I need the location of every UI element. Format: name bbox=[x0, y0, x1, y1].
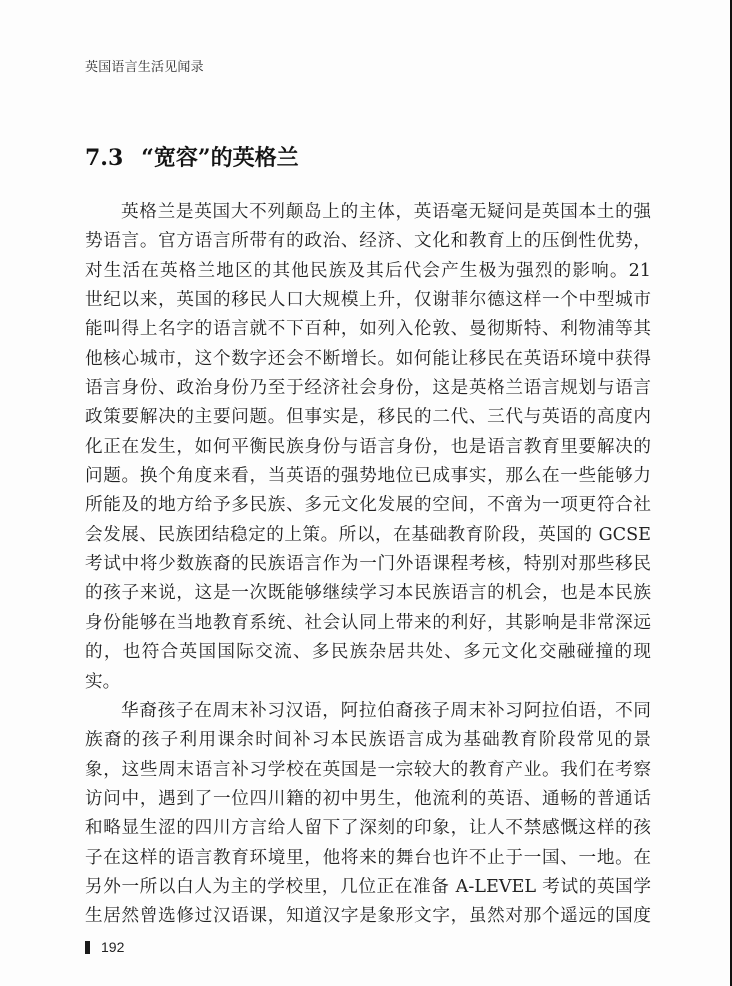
text-line: 政策要解决的主要问题。但事实是，移民的二代、三代与英语的高度内 bbox=[85, 403, 651, 432]
text-line: 生居然曾选修过汉语课，知道汉字是象形文字，虽然对那个遥远的国度 bbox=[85, 902, 651, 931]
text-line: 子在这样的语言教育环境里，他将来的舞台也许不止于一国、一地。在 bbox=[85, 844, 651, 873]
text-line: 会发展、民族团结稳定的上策。所以，在基础教育阶段，英国的 GCSE bbox=[85, 521, 651, 550]
text-line: 化正在发生，如何平衡民族身份与语言身份，也是语言教育里要解决的 bbox=[85, 433, 651, 462]
body-text: 英格兰是英国大不列颠岛上的主体，英语毫无疑问是英国本土的强 势语言。官方语言所带… bbox=[85, 198, 651, 932]
text-line: 另外一所以白人为主的学校里，几位正在准备 A-LEVEL 考试的英国学 bbox=[85, 873, 651, 902]
text-line: 能叫得上名字的语言就不下百种，如列入伦敦、曼彻斯特、利物浦等其 bbox=[85, 315, 651, 344]
page-number: 192 bbox=[101, 939, 124, 955]
text-line: 势语言。官方语言所带有的政治、经济、文化和教育上的压倒性优势， bbox=[85, 227, 651, 256]
text-line: 对生活在英格兰地区的其他民族及其后代会产生极为强烈的影响。21 bbox=[85, 257, 651, 286]
text-line: 访问中，遇到了一位四川籍的初中男生，他流利的英语、通畅的普通话 bbox=[85, 785, 651, 814]
section-title-text: “宽容”的英格兰 bbox=[141, 145, 298, 171]
page-footer: 192 bbox=[85, 939, 124, 955]
text-line: 身份能够在当地教育系统、社会认同上带来的利好，其影响是非常深远 bbox=[85, 609, 651, 638]
text-line: 考试中将少数族裔的民族语言作为一门外语课程考核，特别对那些移民 bbox=[85, 550, 651, 579]
text-line: 他核心城市，这个数字还会不断增长。如何能让移民在英语环境中获得 bbox=[85, 345, 651, 374]
section-title: 7.3“宽容”的英格兰 bbox=[85, 143, 299, 173]
text-line: 的，也符合英国国际交流、多民族杂居共处、多元文化交融碰撞的现 bbox=[85, 638, 651, 667]
text-line: 实。 bbox=[85, 668, 651, 697]
running-header: 英国语言生活见闻录 bbox=[85, 59, 204, 77]
text-line: 象，这些周末语言补习学校在英国是一宗较大的教育产业。我们在考察 bbox=[85, 756, 651, 785]
text-line: 的孩子来说，这是一次既能够继续学习本民族语言的机会，也是本民族 bbox=[85, 579, 651, 608]
text-line: 所能及的地方给予多民族、多元文化发展的空间，不啻为一项更符合社 bbox=[85, 491, 651, 520]
page-marker-block bbox=[85, 941, 90, 954]
text-line: 世纪以来，英国的移民人口大规模上升，仅谢菲尔德这样一个中型城市 bbox=[85, 286, 651, 315]
section-number: 7.3 bbox=[85, 145, 123, 171]
text-line: 和略显生涩的四川方言给人留下了深刻的印象，让人不禁感慨这样的孩 bbox=[85, 814, 651, 843]
text-line: 英格兰是英国大不列颠岛上的主体，英语毫无疑问是英国本土的强 bbox=[85, 198, 651, 227]
text-line: 问题。换个角度来看，当英语的强势地位已成事实，那么在一些能够力 bbox=[85, 462, 651, 491]
text-line: 族裔的孩子利用课余时间补习本民族语言成为基础教育阶段常见的景 bbox=[85, 726, 651, 755]
text-line: 语言身份、政治身份乃至于经济社会身份，这是英格兰语言规划与语言 bbox=[85, 374, 651, 403]
text-line: 华裔孩子在周末补习汉语，阿拉伯裔孩子周末补习阿拉伯语，不同 bbox=[85, 697, 651, 726]
